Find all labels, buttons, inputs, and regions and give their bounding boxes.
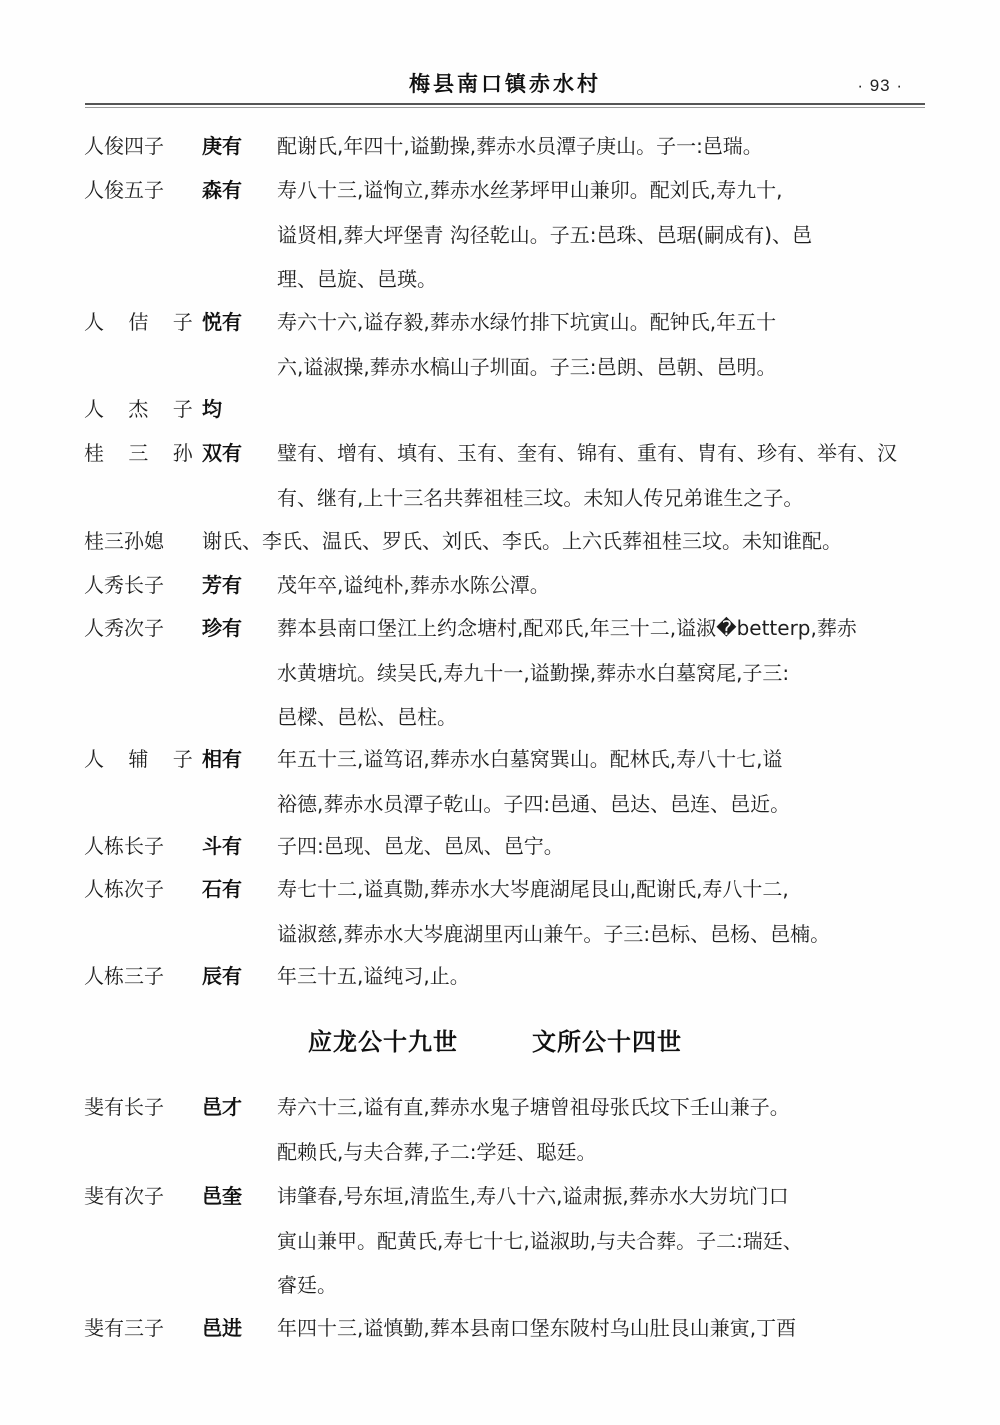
entry-relation: 人 辅 子 <box>84 737 194 781</box>
entry-description: 年五十三,谥笃诏,葬赤水白墓窝巽山。配林氏,寿八十七,谥 裕德,葬赤水员潭子乾山… <box>277 737 927 826</box>
entry-description: 寿六十六,谥存毅,葬赤水绿竹排下坑寅山。配钟氏,年五十 六,谥淑操,葬赤水槁山子… <box>277 300 927 389</box>
entry-name: 均 <box>202 387 272 431</box>
running-title: 梅县南口镇赤水村 <box>85 68 925 98</box>
entry-line: 谥贤相,葬大坪堡青 沟径乾山。子五:邑珠、邑琚(嗣成有)、邑 <box>277 213 927 258</box>
entry-relation: 人俊四子 <box>84 124 194 168</box>
entry-line: 水黄塘坑。续吴氏,寿九十一,谥勤操,葬赤水白墓窝尾,子三: <box>277 651 927 696</box>
entry-name: 相有 <box>202 737 272 781</box>
entry-relation: 斐有长子 <box>84 1085 194 1129</box>
entry-name: 辰有 <box>202 954 272 998</box>
entry-description: 寿六十三,谥有直,葬赤水鬼子塘曾祖母张氏坟下壬山兼子。 配赖氏,与夫合葬,子二:… <box>277 1085 927 1174</box>
entry-line: 有、继有,上十三名共葬祖桂三坟。未知人传兄弟谁生之子。 <box>277 476 927 521</box>
section-heading-right: 文所公十四世 <box>532 1022 682 1057</box>
entry-description: 葬本县南口堡江上约念塘村,配邓氏,年三十二,谥淑�betterp,葬赤 水黄塘坑… <box>277 606 927 740</box>
entry-line: 璧有、增有、填有、玉有、奎有、锦有、重有、胄有、珍有、举有、汉 <box>277 431 927 476</box>
entry-line: 理、邑旋、邑瑛。 <box>277 257 927 302</box>
entry-line: 配赖氏,与夫合葬,子二:学廷、聪廷。 <box>277 1130 927 1175</box>
entry-relation: 斐有三子 <box>84 1306 194 1350</box>
entry-name: 悦有 <box>202 300 272 344</box>
entry-line: 寿八十三,谥恂立,葬赤水丝茅坪甲山兼卯。配刘氏,寿九十, <box>277 168 927 213</box>
entry-name: 邑才 <box>202 1085 272 1129</box>
entry-name: 斗有 <box>202 824 272 868</box>
entry-line: 邑樑、邑松、邑柱。 <box>277 695 927 740</box>
section-heading: 应龙公十九世 文所公十四世 <box>0 1022 1000 1062</box>
entry-line: 寿六十六,谥存毅,葬赤水绿竹排下坑寅山。配钟氏,年五十 <box>277 300 927 345</box>
header-rule <box>85 103 925 105</box>
entry-relation: 人秀长子 <box>84 563 194 607</box>
entry-name: 石有 <box>202 867 272 911</box>
entry-line: 睿廷。 <box>277 1263 927 1308</box>
entry-relation: 斐有次子 <box>84 1174 194 1218</box>
entry-name: 邑奎 <box>202 1174 272 1218</box>
entry-description: 子四:邑现、邑龙、邑凤、邑宁。 <box>277 824 927 869</box>
entry-relation: 人 杰 子 <box>84 387 194 431</box>
running-head: 梅县南口镇赤水村 · 93 · <box>85 68 925 104</box>
entry-description: 茂年卒,谥纯朴,葬赤水陈公潭。 <box>277 563 927 608</box>
entry-description: 璧有、增有、填有、玉有、奎有、锦有、重有、胄有、珍有、举有、汉 有、继有,上十三… <box>277 431 927 520</box>
entry-line: 谥淑慈,葬赤水大岑鹿湖里丙山兼午。子三:邑标、邑杨、邑楠。 <box>277 912 927 957</box>
entry-relation: 人 佶 子 <box>84 300 194 344</box>
entry-line: 配谢氏,年四十,谥勤操,葬赤水员潭子庚山。子一:邑瑞。 <box>277 124 927 169</box>
entry-description: 年三十五,谥纯习,止。 <box>277 954 927 999</box>
entry-name: 芳有 <box>202 563 272 607</box>
entry-line: 谢氏、李氏、温氏、罗氏、刘氏、李氏。上六氏葬祖桂三坟。未知谁配。 <box>202 519 932 564</box>
page-number: · 93 · <box>857 76 903 96</box>
entry-line: 寅山兼甲。配黄氏,寿七十七,谥淑助,与夫合葬。子二:瑞廷、 <box>277 1219 927 1264</box>
entry-description: 寿七十二,谥真勚,葬赤水大岑鹿湖尾艮山,配谢氏,寿八十二, 谥淑慈,葬赤水大岑鹿… <box>277 867 927 956</box>
entry-line: 年四十三,谥慎勤,葬本县南口堡东陂村乌山肚艮山兼寅,丁酉 <box>277 1306 927 1351</box>
entry-relation: 桂三孙媳 <box>84 519 194 563</box>
entry-line: 寿六十三,谥有直,葬赤水鬼子塘曾祖母张氏坟下壬山兼子。 <box>277 1085 927 1130</box>
entry-relation: 桂 三 孙 <box>84 431 194 475</box>
entry-description: 讳肇春,号东垣,清监生,寿八十六,谥肃振,葬赤水大岃坑门口 寅山兼甲。配黄氏,寿… <box>277 1174 927 1308</box>
entry-line: 寿七十二,谥真勚,葬赤水大岑鹿湖尾艮山,配谢氏,寿八十二, <box>277 867 927 912</box>
entry-line: 子四:邑现、邑龙、邑凤、邑宁。 <box>277 824 927 869</box>
entry-line: 讳肇春,号东垣,清监生,寿八十六,谥肃振,葬赤水大岃坑门口 <box>277 1174 927 1219</box>
entry-description: 年四十三,谥慎勤,葬本县南口堡东陂村乌山肚艮山兼寅,丁酉 <box>277 1306 927 1351</box>
entry-relation: 人栋长子 <box>84 824 194 868</box>
entry-name: 森有 <box>202 168 272 212</box>
entry-description: 谢氏、李氏、温氏、罗氏、刘氏、李氏。上六氏葬祖桂三坟。未知谁配。 <box>202 519 932 564</box>
entry-relation: 人俊五子 <box>84 168 194 212</box>
entry-name: 庚有 <box>202 124 272 168</box>
entry-relation: 人秀次子 <box>84 606 194 650</box>
book-page: 梅县南口镇赤水村 · 93 · 人俊四子 庚有 配谢氏,年四十,谥勤操,葬赤水员… <box>0 0 1000 1425</box>
entry-line: 茂年卒,谥纯朴,葬赤水陈公潭。 <box>277 563 927 608</box>
section-heading-left: 应龙公十九世 <box>308 1022 458 1057</box>
entry-line: 年三十五,谥纯习,止。 <box>277 954 927 999</box>
entry-line: 裕德,葬赤水员潭子乾山。子四:邑通、邑达、邑连、邑近。 <box>277 782 927 827</box>
entry-description: 配谢氏,年四十,谥勤操,葬赤水员潭子庚山。子一:邑瑞。 <box>277 124 927 169</box>
entry-name: 双有 <box>202 431 272 475</box>
entry-line: 六,谥淑操,葬赤水槁山子圳面。子三:邑朗、邑朝、邑明。 <box>277 345 927 390</box>
entry-line: 葬本县南口堡江上约念塘村,配邓氏,年三十二,谥淑�betterp,葬赤 <box>277 606 927 651</box>
entry-relation: 人栋三子 <box>84 954 194 998</box>
entry-name: 邑进 <box>202 1306 272 1350</box>
entry-line: 年五十三,谥笃诏,葬赤水白墓窝巽山。配林氏,寿八十七,谥 <box>277 737 927 782</box>
entry-name: 珍有 <box>202 606 272 650</box>
entry-description: 寿八十三,谥恂立,葬赤水丝茅坪甲山兼卯。配刘氏,寿九十, 谥贤相,葬大坪堡青 沟… <box>277 168 927 302</box>
header-rule-thin <box>85 107 925 108</box>
entry-relation: 人栋次子 <box>84 867 194 911</box>
